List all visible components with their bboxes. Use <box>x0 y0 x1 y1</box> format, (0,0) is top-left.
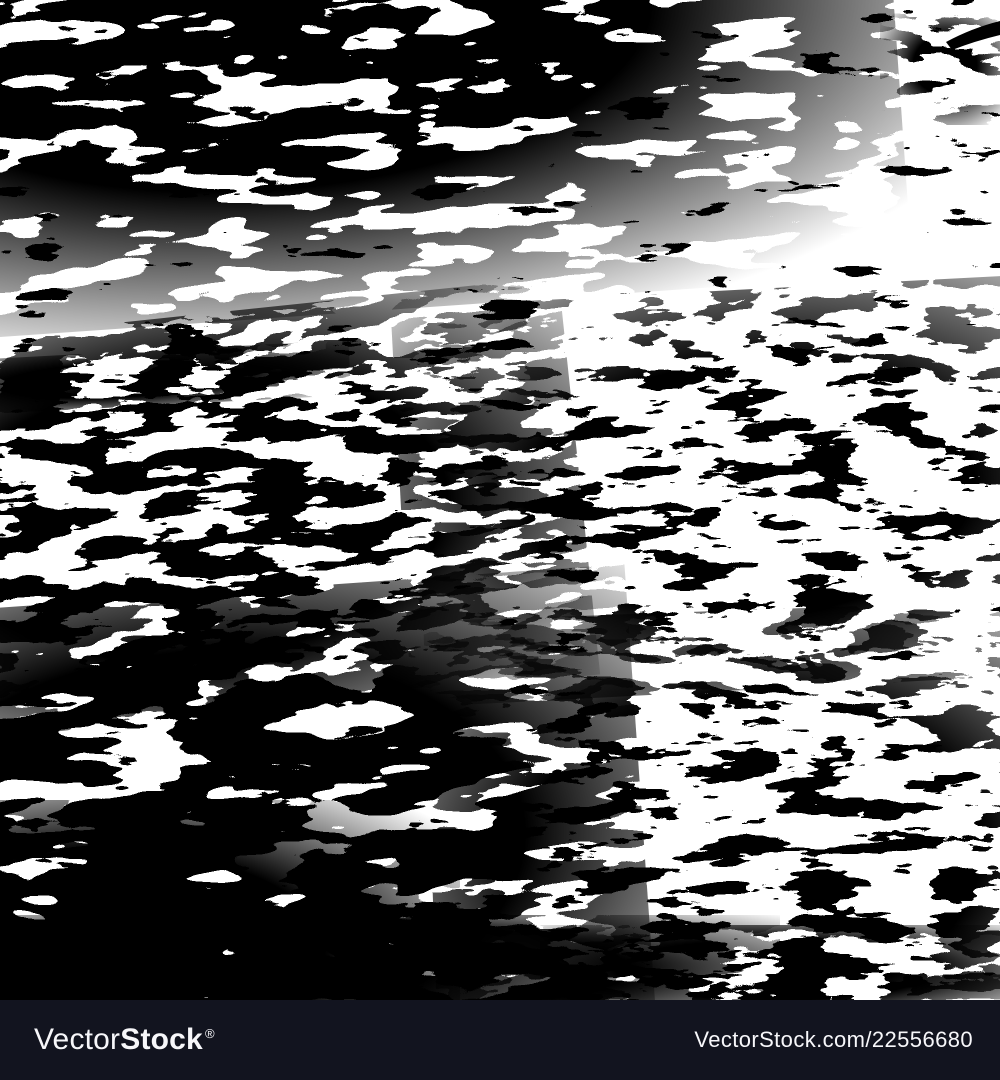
registered-trademark-symbol: ® <box>205 1026 215 1041</box>
texture-layer-above-footer-right <box>540 925 1000 1000</box>
watermark-bar: VectorStock® VectorStock.com/22556680 <box>0 1000 1000 1080</box>
logo-suffix: Stock <box>120 1023 203 1056</box>
logo-prefix: Vector <box>34 1023 120 1056</box>
stock-image-preview: VectorStock® VectorStock.com/22556680 <box>0 0 1000 1080</box>
watermark-url: VectorStock.com/22556680 <box>694 1027 973 1053</box>
texture-layer-top-right <box>880 5 1000 125</box>
grunge-texture <box>0 0 1000 1000</box>
vectorstock-logo: VectorStock® <box>34 1023 215 1057</box>
